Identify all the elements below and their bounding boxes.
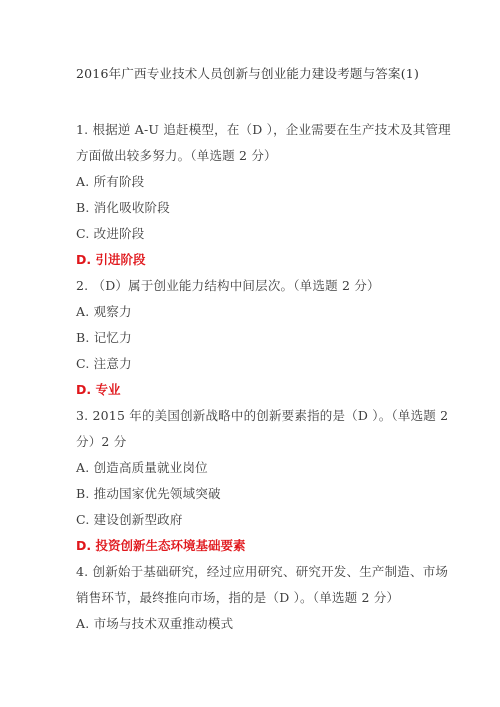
question-1-option-b: B. 消化吸收阶段 [76,200,170,216]
question-4-stem-line-2: 销售环节，最终推向市场，指的是（D ）。（单选题 2 分） [76,590,399,606]
question-1-option-c: C. 改进阶段 [76,226,144,242]
question-1-stem-line-2: 方面做出较多努力。（单选题 2 分） [76,148,277,164]
document-title: 2016年广西专业技术人员创新与创业能力建设考题与答案(1) [76,66,419,82]
question-3-option-b: B. 推动国家优先领域突破 [76,486,221,502]
question-2-answer: D. 专业 [76,382,120,398]
question-3-option-a: A. 创造高质量就业岗位 [76,460,208,476]
question-2-option-b: B. 记忆力 [76,330,132,346]
question-4-stem-line-1: 4. 创新始于基础研究，经过应用研究、研究开发、生产制造、市场 [76,564,448,580]
question-3-answer: D. 投资创新生态环境基础要素 [76,538,245,554]
document-page: 2016年广西专业技术人员创新与创业能力建设考题与答案(1) 1. 根据逆 A-… [0,0,500,707]
question-2-option-a: A. 观察力 [76,304,132,320]
question-3-stem-line-2: 分）2 分 [76,434,126,450]
question-1-stem-line-1: 1. 根据逆 A-U 追赶模型，在（D ），企业需要在生产技术及其管理 [76,122,451,138]
question-3-stem-line-1: 3. 2015 年的美国创新战略中的创新要素指的是（D ）。（单选题 2 [76,408,448,424]
question-2-stem-line-1: 2. （D）属于创业能力结构中间层次。（单选题 2 分） [76,278,380,294]
question-3-option-c: C. 建设创新型政府 [76,512,183,528]
question-4-option-a: A. 市场与技术双重推动模式 [76,616,233,632]
question-1-option-a: A. 所有阶段 [76,174,144,190]
question-1-answer: D. 引进阶段 [76,252,145,268]
question-2-option-c: C. 注意力 [76,356,132,372]
